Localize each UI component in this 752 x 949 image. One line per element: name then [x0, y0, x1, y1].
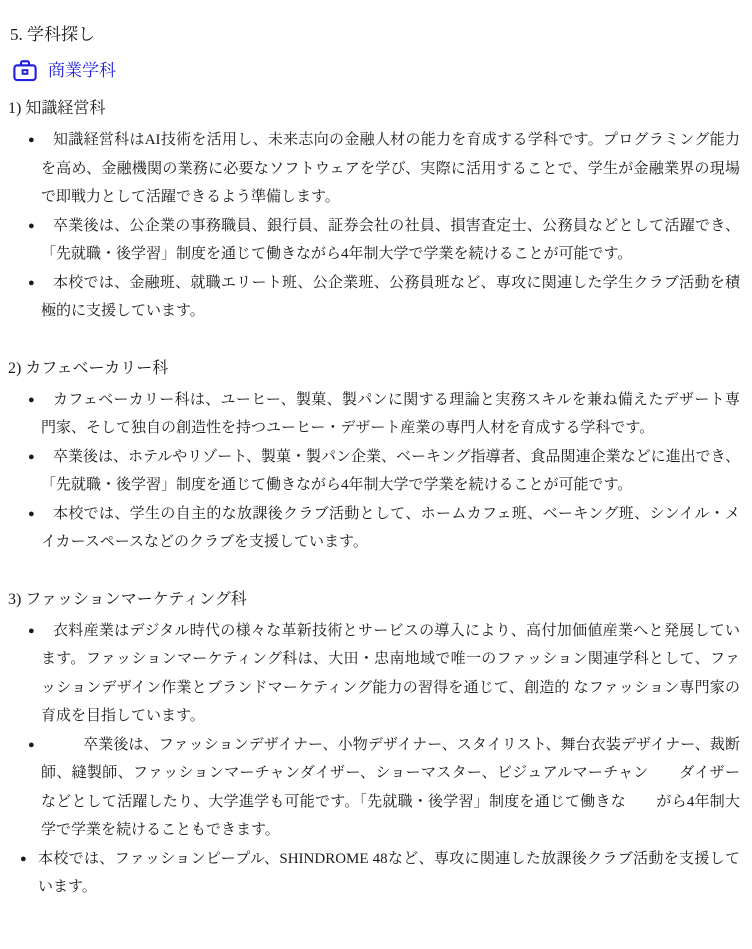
bullet-list: カフェベーカリー科は、ユーヒー、製菓、製パンに関する理論と実務スキルを兼ね備えた…: [8, 386, 740, 557]
list-item: 本校では、金融班、就職エリート班、公企業班、公務員班など、専攻に関連した学生クラ…: [8, 269, 740, 326]
list-item: 卒業後は、ホテルやリゾート、製菓・製パン企業、ベーキング指導者、食品関連企業など…: [8, 443, 740, 500]
briefcase-icon: [12, 58, 38, 84]
section-heading: 3) ファッションマーケティング科: [8, 587, 740, 613]
bullet-list: 知識経営科はAI技術を活用し、未来志向の金融人材の能力を育成する学科です。プログ…: [8, 126, 740, 326]
section-heading: 1) 知識経営科: [8, 96, 740, 122]
section-heading: 2) カフェベーカリー科: [8, 356, 740, 382]
section-knowledge-management: 1) 知識経営科 知識経営科はAI技術を活用し、未来志向の金融人材の能力を育成す…: [8, 96, 740, 326]
department-link[interactable]: 商業学科: [12, 58, 740, 84]
section-fashion-marketing: 3) ファッションマーケティング科 衣料産業はデジタル時代の様々な革新技術とサー…: [8, 587, 740, 902]
list-item: 知識経営科はAI技術を活用し、未来志向の金融人材の能力を育成する学科です。プログ…: [8, 126, 740, 212]
bullet-list: 衣料産業はデジタル時代の様々な革新技術とサービスの導入により、高付加価値産業へと…: [8, 617, 740, 902]
list-item: 卒業後は、公企業の事務職員、銀行員、証券会社の社員、損害査定士、公務員などとして…: [8, 212, 740, 269]
list-item: 本校では、学生の自主的な放課後クラブ活動として、ホームカフェ班、ベーキング班、シ…: [8, 500, 740, 557]
list-item: 本校では、ファッションピープル、SHINDROME 48など、専攻に関連した放課…: [8, 845, 740, 902]
list-item: カフェベーカリー科は、ユーヒー、製菓、製パンに関する理論と実務スキルを兼ね備えた…: [8, 386, 740, 443]
list-item: 卒業後は、ファッションデザイナー、小物デザイナー、スタイリスト、舞台衣装デザイナ…: [8, 731, 740, 845]
document-page: 5. 学科探し 商業学科 1) 知識経営科 知識経営科はAI技術を活用し、未来志…: [0, 0, 752, 902]
page-title: 5. 学科探し: [10, 22, 740, 48]
department-link-label[interactable]: 商業学科: [48, 58, 116, 84]
section-cafe-bakery: 2) カフェベーカリー科 カフェベーカリー科は、ユーヒー、製菓、製パンに関する理…: [8, 356, 740, 557]
list-item: 衣料産業はデジタル時代の様々な革新技術とサービスの導入により、高付加価値産業へと…: [8, 617, 740, 731]
